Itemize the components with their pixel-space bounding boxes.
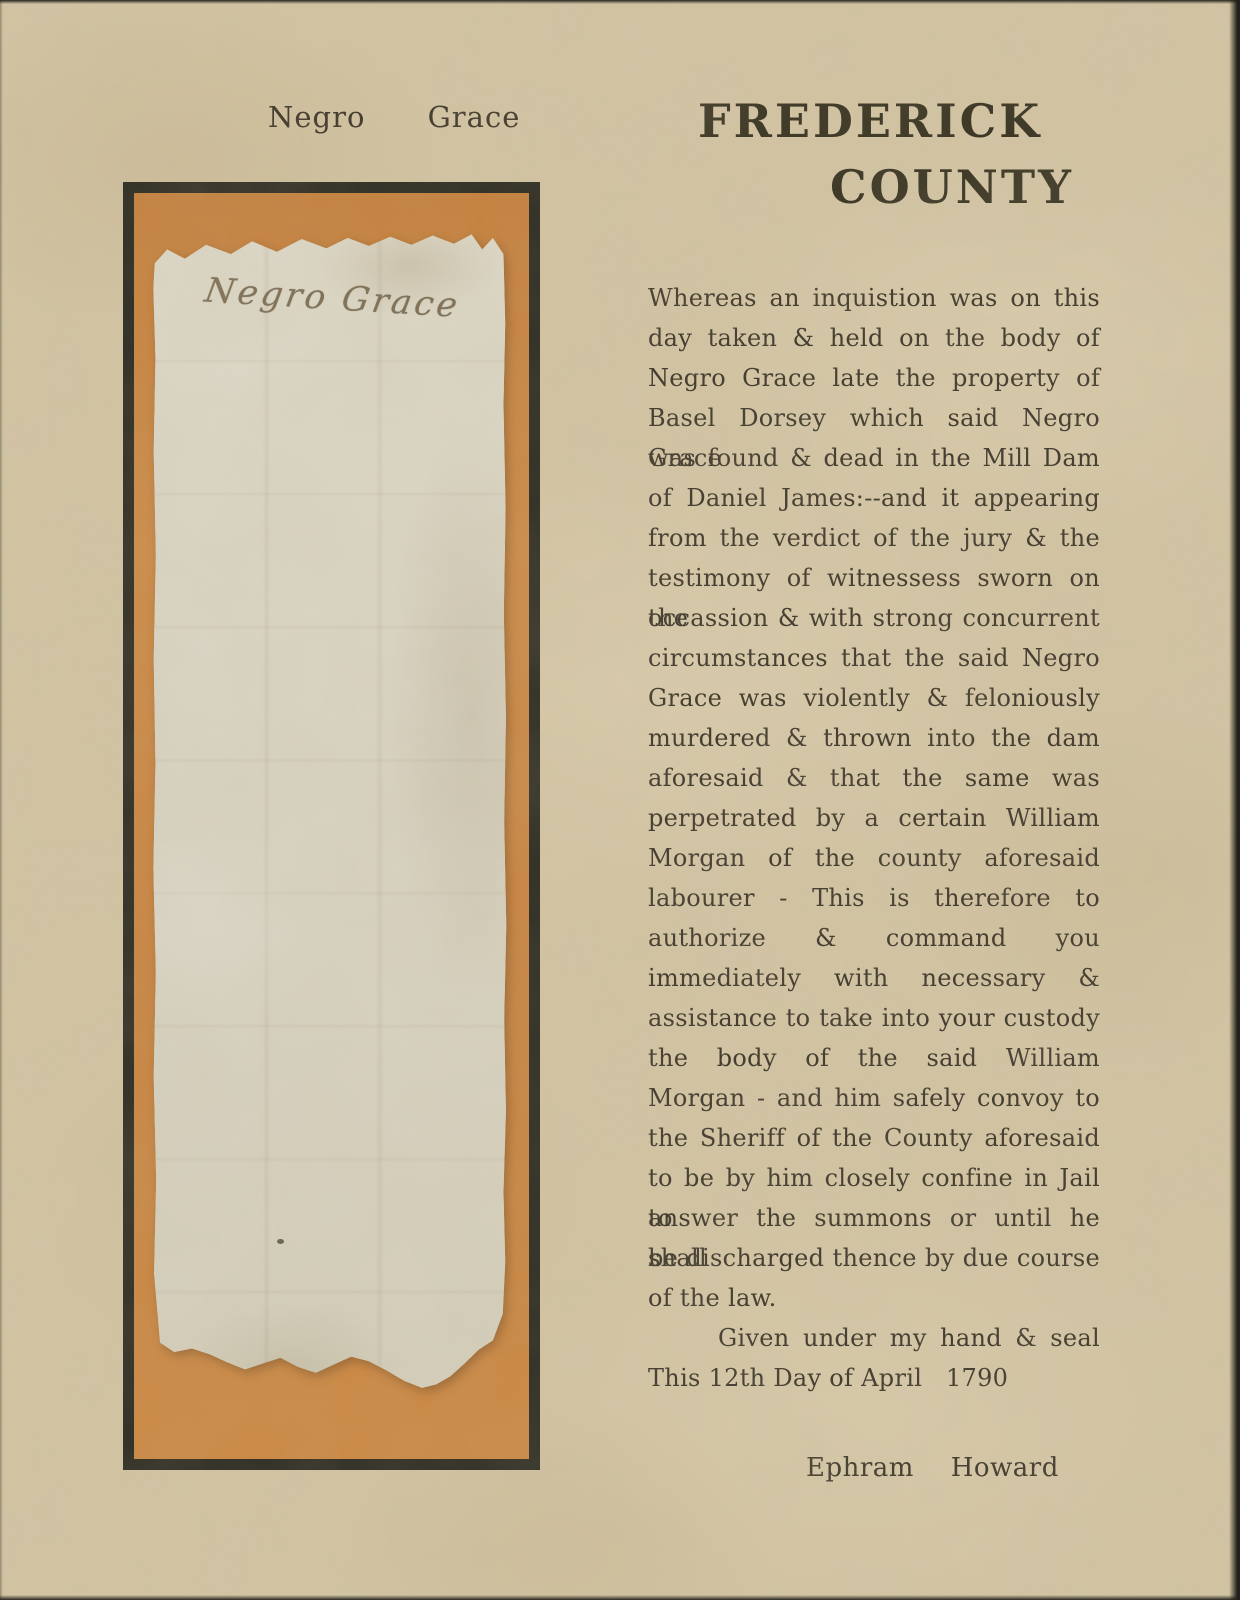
warrant-line: Basel Dorsey which said Negro Grace bbox=[648, 398, 1100, 438]
warrant-line: from the verdict of the jury & the bbox=[648, 518, 1100, 558]
warrant-line: answer the summons or until he shall bbox=[648, 1198, 1100, 1238]
ink-blot bbox=[277, 1239, 284, 1244]
warrant-line: assistance to take into your custody bbox=[648, 998, 1100, 1038]
scan-edge-bottom bbox=[0, 1595, 1240, 1600]
warrant-line: was found & dead in the Mill Dam bbox=[648, 438, 1100, 478]
warrant-line: testimony of witnessess sworn on the bbox=[648, 558, 1100, 598]
photo-mat: Negro Grace bbox=[134, 193, 529, 1459]
warrant-line: immediately with necessary & bbox=[648, 958, 1100, 998]
handwritten-inscription: Negro Grace bbox=[202, 271, 488, 328]
warrant-line: to be by him closely confine in Jail to bbox=[648, 1158, 1100, 1198]
document-paper: Negro Grace bbox=[153, 231, 507, 1389]
photo-frame: Negro Grace bbox=[123, 182, 540, 1470]
warrant-line: Morgan of the county aforesaid bbox=[648, 838, 1100, 878]
parchment-page: Negro Grace FREDERICK COUNTY Negro Grace… bbox=[0, 0, 1240, 1600]
warrant-line: occassion & with strong concurrent bbox=[648, 598, 1100, 638]
warrant-line: perpetrated by a certain William bbox=[648, 798, 1100, 838]
warrant-line: of Daniel James:--and it appearing bbox=[648, 478, 1100, 518]
warrant-line: Grace was violently & feloniously bbox=[648, 678, 1100, 718]
warrant-line: Whereas an inquistion was on this bbox=[648, 278, 1100, 318]
warrant-line: Negro Grace late the property of bbox=[648, 358, 1100, 398]
warrant-line: the Sheriff of the County aforesaid bbox=[648, 1118, 1100, 1158]
warrant-line: murdered & thrown into the dam bbox=[648, 718, 1100, 758]
warrant-line: authorize & command you bbox=[648, 918, 1100, 958]
warrant-line: This 12th Day of April 1790 bbox=[648, 1358, 1100, 1398]
page-title-line1: FREDERICK bbox=[698, 94, 1042, 148]
warrant-line: Morgan - and him safely convoy to bbox=[648, 1078, 1100, 1118]
warrant-line: aforesaid & that the same was bbox=[648, 758, 1100, 798]
warrant-line: day taken & held on the body of bbox=[648, 318, 1100, 358]
scan-edge-top bbox=[0, 0, 1240, 4]
warrant-line: circumstances that the said Negro bbox=[648, 638, 1100, 678]
page-title-line2: COUNTY bbox=[830, 160, 1074, 214]
scan-edge-right bbox=[1229, 0, 1240, 1600]
warrant-line: the body of the said William bbox=[648, 1038, 1100, 1078]
warrant-line: of the law. bbox=[648, 1278, 1100, 1318]
signature: Ephram Howard bbox=[648, 1448, 1100, 1488]
warrant-line: be discharged thence by due course bbox=[648, 1238, 1100, 1278]
warrant-text: Whereas an inquistion was on thisday tak… bbox=[648, 278, 1100, 1398]
scan-edge-left bbox=[0, 0, 3, 1600]
caption-label: Negro Grace bbox=[268, 100, 520, 134]
warrant-line: Given under my hand & seal bbox=[648, 1318, 1100, 1358]
warrant-line: labourer - This is therefore to bbox=[648, 878, 1100, 918]
